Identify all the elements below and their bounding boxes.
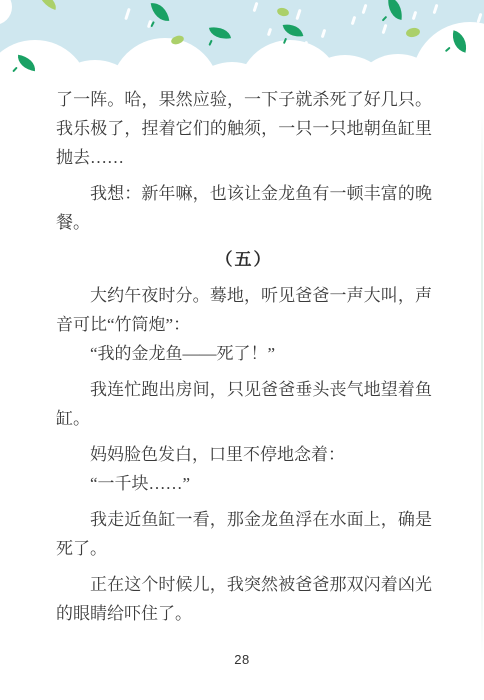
leaf-icon [209,24,231,41]
cloud-shape [412,22,484,80]
page-number: 28 [0,652,484,667]
leaf-icon [386,0,405,20]
paragraph: 我想：新年嘛，也该让金龙鱼有一顿丰富的晚餐。 [56,179,432,237]
page-content: 了一阵。哈，果然应验，一下子就杀死了好几只。我乐极了，捏着它们的触须，一只一只地… [0,80,484,628]
leaf-icon [37,0,60,10]
leaf-icon [151,1,170,23]
book-page: 了一阵。哈，果然应验，一下子就杀死了好几只。我乐极了，捏着它们的触须，一只一只地… [0,0,484,700]
raindrop-icon [124,8,131,20]
raindrop-icon [321,29,327,38]
paragraph: 妈妈脸色发白，口里不停地念着： [56,440,432,469]
leaf-icon [283,21,304,39]
raindrop-icon [267,28,272,37]
raindrop-icon [253,2,259,12]
paragraph: 我走近鱼缸一看，那金龙鱼浮在水面上，确是死了。 [56,505,432,563]
paragraph: 我连忙跑出房间，只见爸爸垂头丧气地望着鱼缸。 [56,375,432,433]
leaf-icon [405,27,420,38]
paragraph: 了一阵。哈，果然应验，一下子就杀死了好几只。我乐极了，捏着它们的触须，一只一只地… [56,85,432,172]
page-header-decoration [0,0,484,80]
paragraph: “一千块……” [56,469,432,498]
raindrop-icon [295,9,301,20]
paragraph: 大约午夜时分。蓦地，听见爸爸一声大叫，声音可比“竹筒炮”： [56,281,432,339]
raindrop-icon [477,13,483,23]
raindrop-icon [362,4,368,14]
raindrop-icon [351,16,357,25]
section-heading: （五） [56,245,432,274]
raindrop-icon [382,24,388,34]
paragraph: “我的金龙鱼——死了！” [56,339,432,368]
cloud-shape [0,73,484,80]
raindrop-icon [433,4,439,14]
cloud-shape [0,0,12,25]
raindrop-icon [412,11,418,20]
leaf-icon [276,7,290,18]
paragraph: 正在这个时候儿，我突然被爸爸那双闪着凶光的眼睛给吓住了。 [56,570,432,628]
